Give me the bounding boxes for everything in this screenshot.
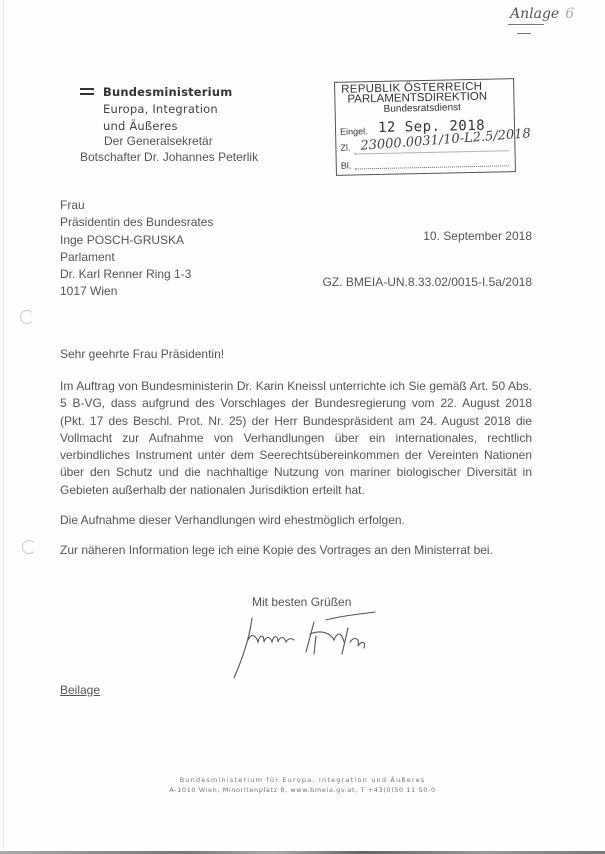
annotation-number: 6 bbox=[565, 6, 574, 22]
page-footer: Bundesministerium für Europa, Integratio… bbox=[0, 775, 605, 795]
enclosure-label: Beilage bbox=[60, 683, 100, 697]
letter-date: 10. September 2018 bbox=[423, 229, 532, 243]
page-left-edge bbox=[3, 0, 4, 850]
stamp-zl-label: Zl. bbox=[340, 143, 350, 153]
footer-line1: Bundesministerium für Europa, Integratio… bbox=[0, 775, 605, 785]
salutation: Sehr geehrte Frau Präsidentin! bbox=[60, 347, 224, 361]
punch-hole-mark bbox=[22, 540, 36, 554]
handwritten-signature bbox=[230, 610, 380, 682]
stamp-eingel-label: Eingel. bbox=[340, 126, 368, 137]
reference-number: GZ. BMEIA-UN.8.33.02/0015-I.5a/2018 bbox=[323, 275, 532, 289]
recipient-line: Präsidentin des Bundesrates bbox=[60, 214, 213, 231]
stamp-bl-label: Bl. bbox=[341, 161, 352, 171]
annotation-text: Anlage bbox=[510, 6, 559, 22]
sender-block: Der Generalsekretär Botschafter Dr. Joha… bbox=[80, 133, 320, 165]
recipient-line: Parlament bbox=[60, 249, 213, 266]
handwritten-annotation: Anlage6 bbox=[510, 6, 574, 22]
ministry-name-line1: Bundesministerium bbox=[103, 84, 232, 101]
recipient-line: 1017 Wien bbox=[60, 283, 213, 300]
recipient-address: Frau Präsidentin des Bundesrates Inge PO… bbox=[60, 197, 213, 301]
recipient-line: Dr. Karl Renner Ring 1-3 bbox=[60, 266, 213, 283]
annotation-underline bbox=[508, 24, 544, 25]
closing-greeting: Mit besten Grüßen bbox=[252, 595, 351, 609]
ministry-name-line2: Europa, Integration bbox=[103, 101, 232, 118]
recipient-line: Frau bbox=[60, 197, 213, 214]
sender-title: Der Generalsekretär bbox=[80, 133, 320, 149]
annotation-underline-short bbox=[517, 33, 531, 34]
punch-hole-mark bbox=[20, 310, 34, 324]
austria-flag-logo-icon bbox=[80, 88, 94, 98]
stamp-line3: Bundesratsdienst bbox=[384, 102, 461, 115]
stamp-bl-dotted-line bbox=[355, 165, 509, 169]
sender-name: Botschafter Dr. Johannes Peterlik bbox=[80, 149, 320, 165]
body-paragraph: Im Auftrag von Bundesministerin Dr. Kari… bbox=[60, 378, 532, 499]
body-paragraph: Zur näheren Information lege ich eine Ko… bbox=[60, 542, 532, 559]
recipient-line: Inge POSCH-GRUSKA bbox=[60, 232, 213, 249]
receipt-stamp: REPUBLIK ÖSTERREICH PARLAMENTSDIREKTION … bbox=[334, 78, 516, 176]
footer-line2: A-1010 Wien, Minoritenplatz 8, www.bmeia… bbox=[0, 785, 605, 795]
body-paragraph: Die Aufnahme dieser Verhandlungen wird e… bbox=[60, 512, 532, 529]
scanned-letter-page: Anlage6 Bundesministerium Europa, Integr… bbox=[0, 0, 605, 854]
